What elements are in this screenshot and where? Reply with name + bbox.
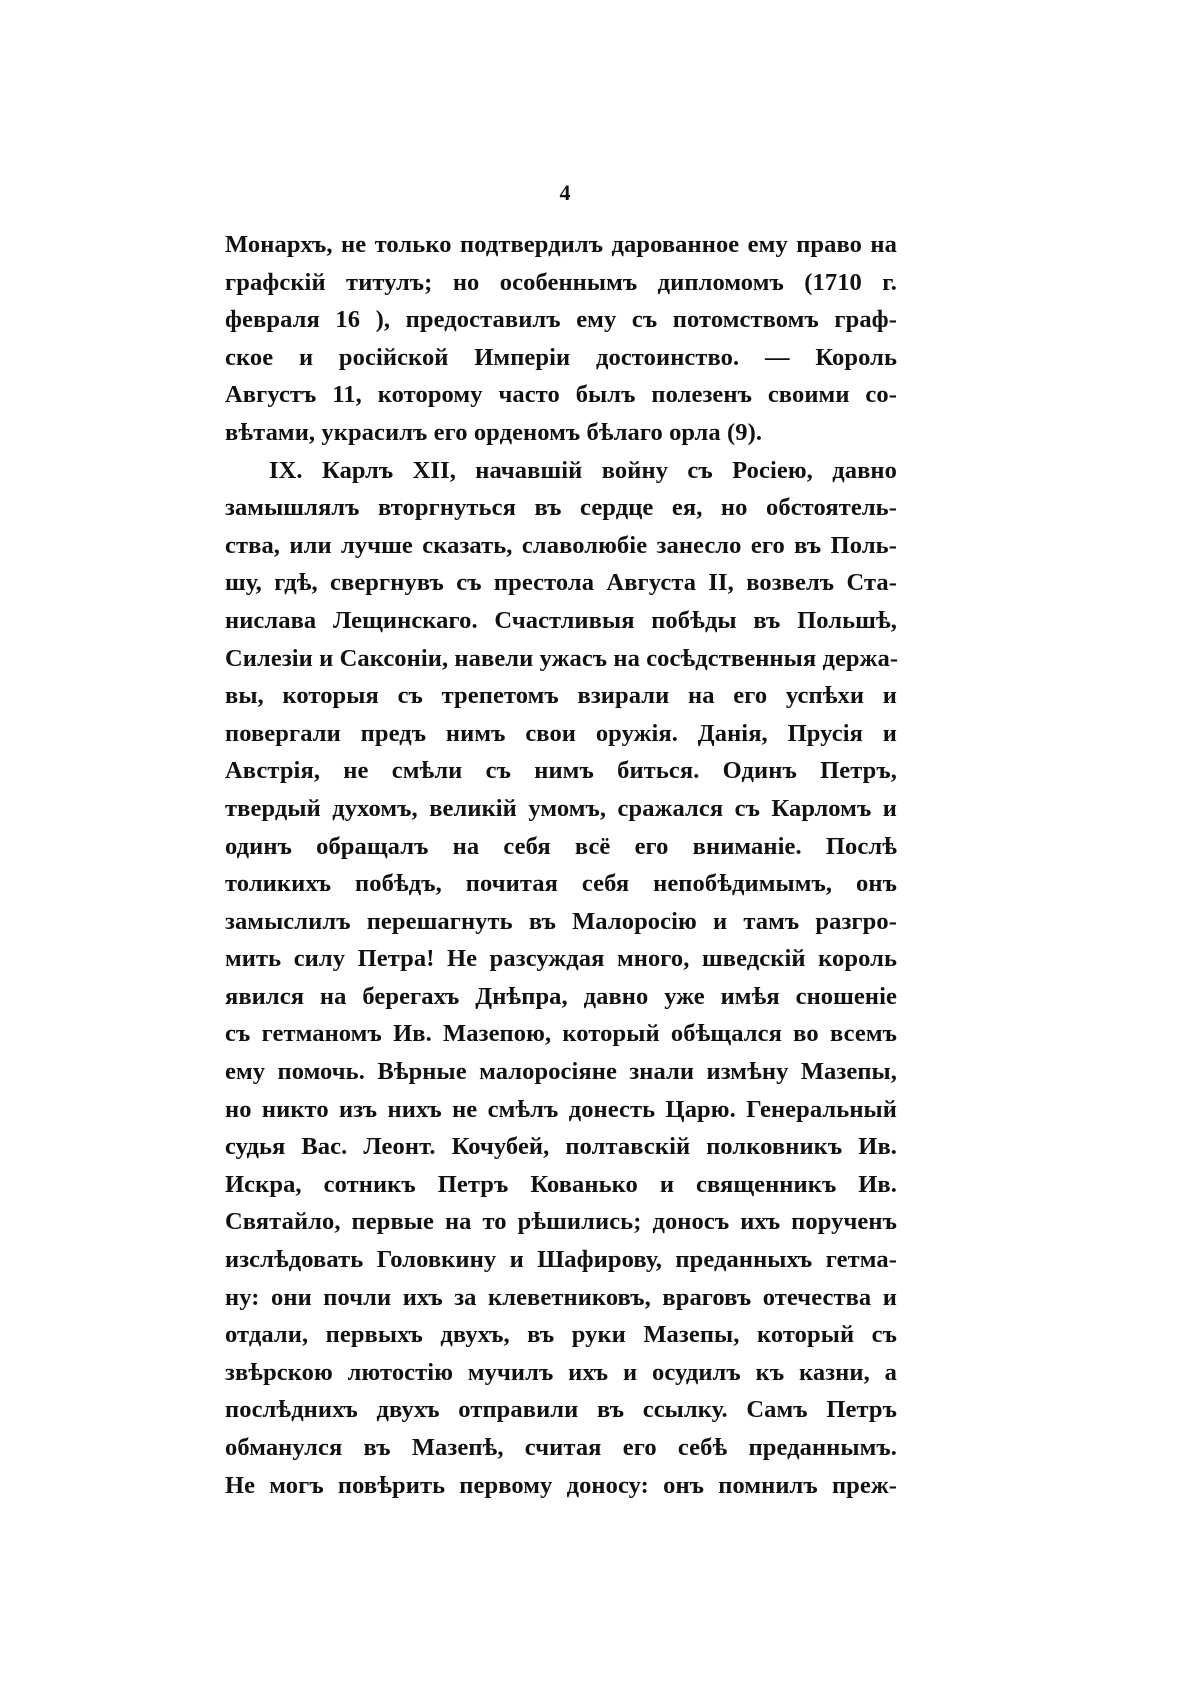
text-line: графскій титулъ; но особеннымъ дипломомъ… bbox=[225, 264, 897, 302]
text-line: Августъ 11, которому часто былъ полезенъ… bbox=[225, 376, 897, 414]
section-heading-line: IX. Карлъ XII, начавшій войну съ Росіею,… bbox=[225, 452, 897, 490]
text-line: твердый духомъ, великій умомъ, сражался … bbox=[225, 790, 897, 828]
text-line: Силезіи и Саксоніи, навели ужасъ на сосѣ… bbox=[225, 640, 897, 678]
text-line: Искра, сотникъ Петръ Кованько и священни… bbox=[225, 1166, 897, 1204]
page-number: 4 bbox=[0, 180, 1130, 206]
text-line: ну: они почли ихъ за клеветниковъ, враго… bbox=[225, 1279, 897, 1317]
paragraph-2: IX. Карлъ XII, начавшій войну съ Росіею,… bbox=[225, 452, 897, 1505]
text-line: вѣтами, украсилъ его орденомъ бѣлаго орл… bbox=[225, 414, 897, 452]
text-line: ское и російской Имперіи достоинство. — … bbox=[225, 339, 897, 377]
text-line: Монархъ, не только подтвердилъ дарованно… bbox=[225, 226, 897, 264]
text-line: Не могъ повѣрить первому доносу: онъ пом… bbox=[225, 1467, 897, 1505]
text-line: отдали, первыхъ двухъ, въ руки Мазепы, к… bbox=[225, 1316, 897, 1354]
text-line: ему помочь. Вѣрные малоросіяне знали изм… bbox=[225, 1053, 897, 1091]
text-line: но никто изъ нихъ не смѣлъ донесть Царю.… bbox=[225, 1091, 897, 1129]
text-line: вы, которыя съ трепетомъ взирали на его … bbox=[225, 677, 897, 715]
text-line: обманулся въ Мазепѣ, считая его себѣ пре… bbox=[225, 1429, 897, 1467]
text-line: Австрія, не смѣли съ нимъ биться. Одинъ … bbox=[225, 752, 897, 790]
text-line: изслѣдовать Головкину и Шафирову, предан… bbox=[225, 1241, 897, 1279]
text-line: звѣрскою лютостію мучилъ ихъ и осудилъ к… bbox=[225, 1354, 897, 1392]
text-line: толикихъ побѣдъ, почитая себя непобѣдимы… bbox=[225, 865, 897, 903]
text-line: шу, гдѣ, свергнувъ съ престола Августа I… bbox=[225, 564, 897, 602]
text-line: замыслилъ перешагнуть въ Малоросію и там… bbox=[225, 903, 897, 941]
text-line: замышлялъ вторгнуться въ сердце ея, но о… bbox=[225, 489, 897, 527]
text-line: мить силу Петра! Не разсуждая много, шве… bbox=[225, 940, 897, 978]
text-line: судья Вас. Леонт. Кочубей, полтавскій по… bbox=[225, 1128, 897, 1166]
text-line: съ гетманомъ Ив. Мазепою, который обѣщал… bbox=[225, 1015, 897, 1053]
text-line: одинъ обращалъ на себя всё его вниманіе.… bbox=[225, 828, 897, 866]
text-line: февраля 16 ), предоставилъ ему съ потомс… bbox=[225, 301, 897, 339]
text-line: послѣднихъ двухъ отправили въ ссылку. Са… bbox=[225, 1391, 897, 1429]
body-text: Монархъ, не только подтвердилъ дарованно… bbox=[225, 226, 897, 1504]
paragraph-1: Монархъ, не только подтвердилъ дарованно… bbox=[225, 226, 897, 452]
text-line: нислава Лещинскаго. Счастливыя побѣды въ… bbox=[225, 602, 897, 640]
text-line: повергали предъ нимъ свои оружія. Данія,… bbox=[225, 715, 897, 753]
text-line: ства, или лучше сказать, славолюбіе зане… bbox=[225, 527, 897, 565]
text-line: явился на берегахъ Днѣпра, давно уже имѣ… bbox=[225, 978, 897, 1016]
text-line: Святайло, первые на то рѣшились; доносъ … bbox=[225, 1203, 897, 1241]
